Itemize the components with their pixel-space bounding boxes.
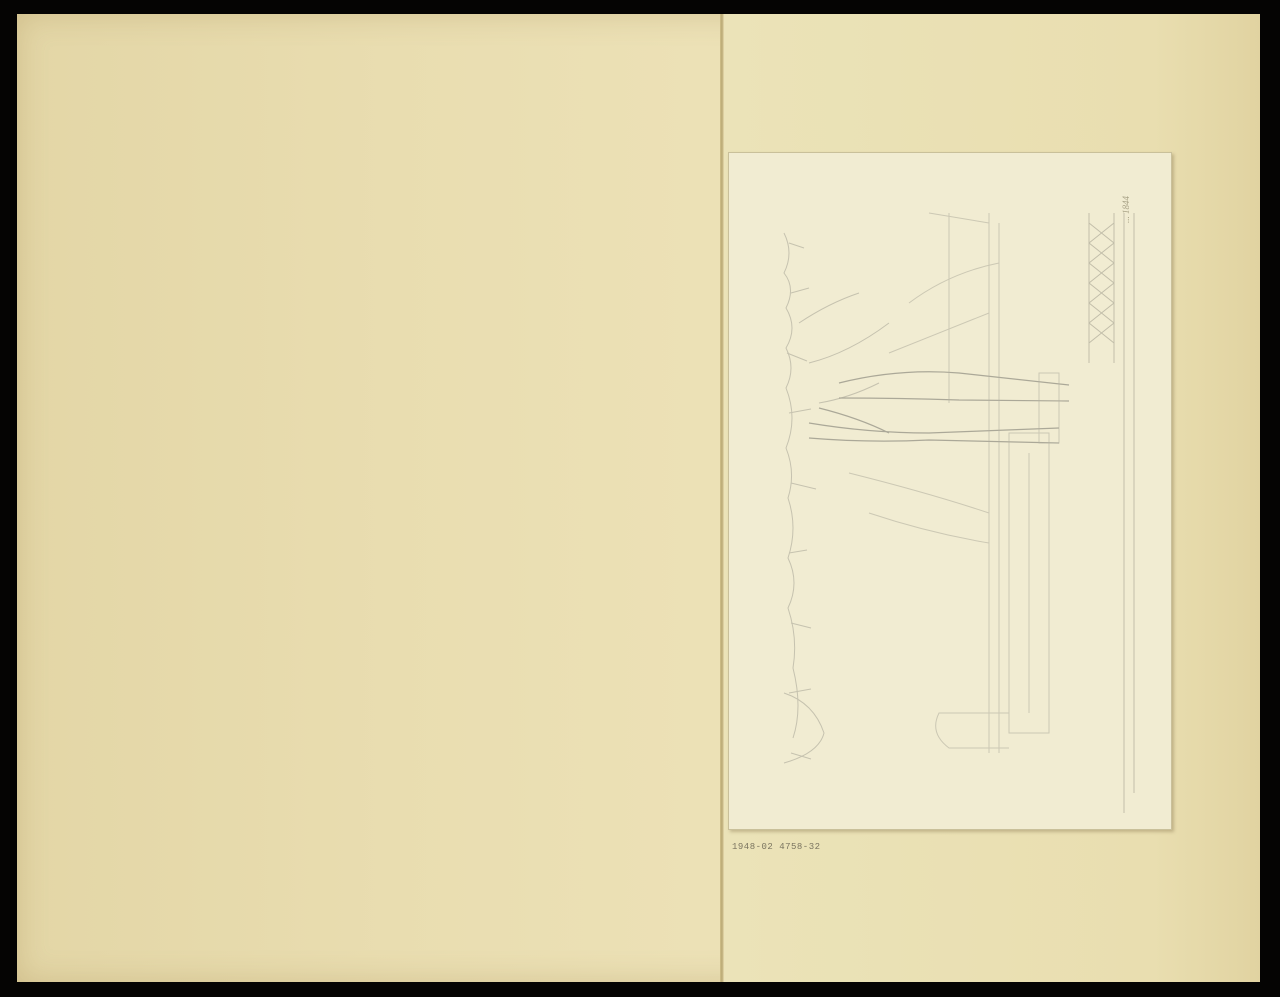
foliage [784,233,889,763]
mount-folder: ... 1844 1948-02 4758-32 [17,14,1260,982]
building [849,213,1059,753]
pencil-drawing [729,153,1171,829]
accession-number: 1948-02 4758-32 [732,842,821,852]
tree-trunks [809,372,1069,443]
trellis [1089,213,1134,813]
drawing-sheet: ... 1844 [728,152,1172,830]
dated-inscription: ... 1844 [1121,196,1131,223]
